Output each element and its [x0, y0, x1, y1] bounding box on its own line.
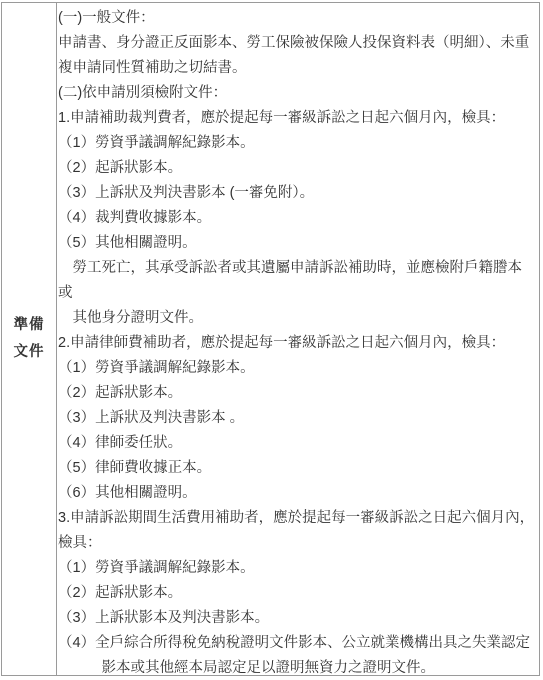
text-line: （4）律師委任狀。: [58, 431, 538, 456]
text-line: 檢具：: [58, 531, 538, 556]
text-line: (二)依申請別須檢附文件：: [58, 81, 538, 106]
text-line: （1）勞資爭議調解紀錄影本。: [58, 556, 538, 581]
text-line: 其他身分證明文件。: [58, 306, 538, 331]
text-line: （2）起訴狀影本。: [58, 381, 538, 406]
text-line: （4）裁判費收據影本。: [58, 206, 538, 231]
preparation-documents-table: 準備 文件 (一)一般文件：申請書、身分證正反面影本、勞工保險被保險人投保資料表…: [1, 2, 540, 676]
text-line: 影本或其他經本局認定足以證明無資力之證明文件。: [58, 656, 538, 675]
text-line: （3）上訴狀及判決書影本 (一審免附）。: [58, 181, 538, 206]
text-line: （5）其他相關證明。: [58, 231, 538, 256]
text-line: 2.申請律師費補助者，應於提起每一審級訴訟之日起六個月內，檢具：: [58, 331, 538, 356]
text-line: （1）勞資爭議調解紀錄影本。: [58, 131, 538, 156]
text-line: （3）上訴狀及判決書影本 。: [58, 406, 538, 431]
text-line: 勞工死亡，其承受訴訟者或其遺屬申請訴訟補助時，並應檢附戶籍謄本: [58, 256, 538, 281]
text-line: (一)一般文件：: [58, 6, 538, 31]
text-line: （2）起訴狀影本。: [58, 156, 538, 181]
text-line: 複申請同性質補助之切結書。: [58, 56, 538, 81]
row-content-cell: (一)一般文件：申請書、身分證正反面影本、勞工保險被保險人投保資料表（明細）、未…: [57, 3, 539, 675]
text-line: 申請書、身分證正反面影本、勞工保險被保險人投保資料表（明細）、未重: [58, 31, 538, 56]
text-line: （1）勞資爭議調解紀錄影本。: [58, 356, 538, 381]
text-line: 3.申請訴訟期間生活費用補助者，應於提起每一審級訴訟之日起六個月內，: [58, 506, 538, 531]
text-line: （3）上訴狀影本及判決書影本。: [58, 606, 538, 631]
row-header-cell: 準備 文件: [2, 3, 57, 675]
text-line: （4）全戶綜合所得稅免納稅證明文件影本、公立就業機構出具之失業認定: [58, 631, 538, 656]
text-line: 1.申請補助裁判費者，應於提起每一審級訴訟之日起六個月內，檢具：: [58, 106, 538, 131]
row-header-line-1: 準備: [14, 312, 45, 339]
row-header-line-2: 文件: [14, 339, 45, 366]
text-line: （5）律師費收據正本。: [58, 456, 538, 481]
text-line: （6）其他相關證明。: [58, 481, 538, 506]
text-line: （2）起訴狀影本。: [58, 581, 538, 606]
text-line: 或: [58, 281, 538, 306]
